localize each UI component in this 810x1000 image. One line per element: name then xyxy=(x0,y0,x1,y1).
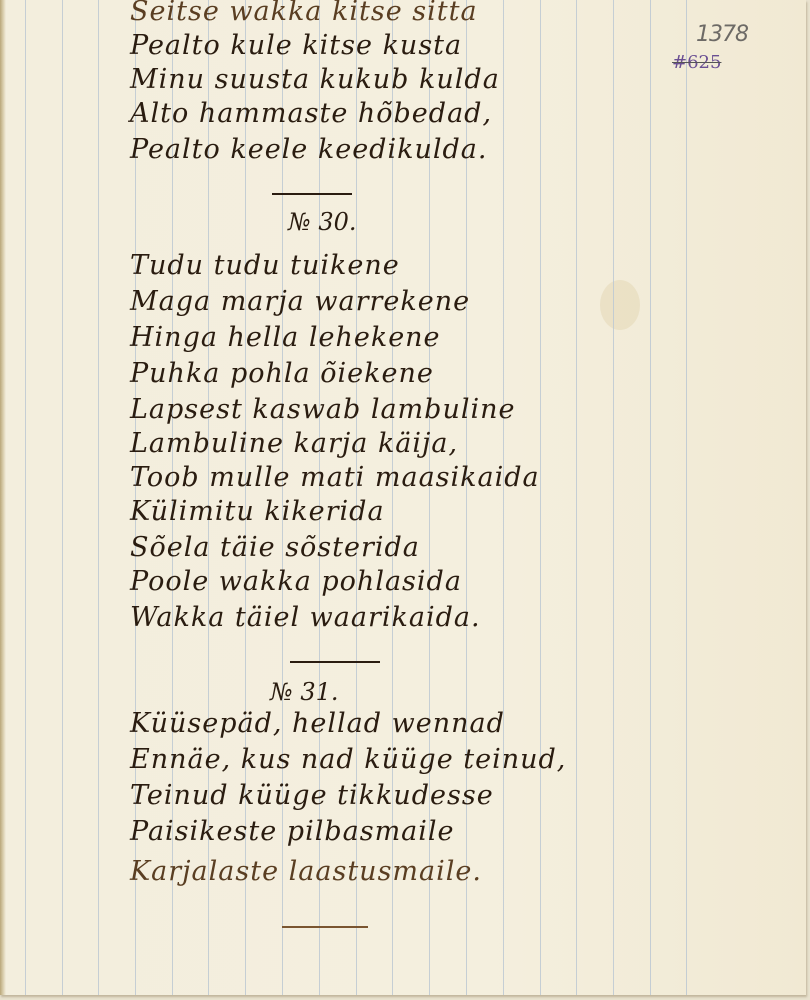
verse-line: Maga marja warrekene xyxy=(130,286,470,317)
verse-line: Külimitu kikerida xyxy=(130,496,385,527)
verse-line: Sõela täie sõsterida xyxy=(130,532,420,563)
verse-line: Pealto keele keedikulda. xyxy=(130,134,487,165)
ruling-line xyxy=(650,0,651,995)
verse-line: Tudu tudu tuikene xyxy=(130,250,400,281)
verse-line: Toob mulle mati maasikaida xyxy=(130,462,540,493)
verse-line: Teinud küüge tikkudesse xyxy=(130,780,494,811)
section-divider xyxy=(282,926,368,928)
verse-line: Alto hammaste hõbedad, xyxy=(130,98,492,129)
ruling-line xyxy=(613,0,614,995)
verse-line: Karjalaste laastusmaile. xyxy=(130,856,482,887)
ruling-line xyxy=(686,0,687,995)
verse-line: Lapsest kaswab lambuline xyxy=(130,394,515,425)
verse-line: Ennäe, kus nad küüge teinud, xyxy=(130,744,566,775)
catalog-number: 1378 xyxy=(696,22,748,47)
paper-stain xyxy=(600,280,640,330)
verse-line: Puhka pohla õiekene xyxy=(130,358,434,389)
crossed-out-catalog-number: #625 xyxy=(672,52,721,73)
catalog-stamp: 1378 #625 xyxy=(670,18,770,78)
ruling-line xyxy=(98,0,99,995)
section-divider xyxy=(290,661,380,663)
verse-line: Poole wakka pohlasida xyxy=(130,566,462,597)
verse-line: Hinga hella lehekene xyxy=(130,322,441,353)
ruling-line xyxy=(62,0,63,995)
section-divider xyxy=(272,193,352,195)
manuscript-page: 1378 #625 Seitse wakka kitse sitta Pealt… xyxy=(0,0,806,995)
verse-line: Seitse wakka kitse sitta xyxy=(130,0,478,27)
verse-line: Minu suusta kukub kulda xyxy=(130,64,500,95)
verse-line: Pealto kule kitse kusta xyxy=(130,30,462,61)
poem-number-heading: № 30. xyxy=(288,208,357,236)
ruling-line xyxy=(540,0,541,995)
ruling-line xyxy=(25,0,26,995)
verse-line: Lambuline karja käija, xyxy=(130,428,458,459)
poem-number-heading: № 31. xyxy=(270,678,339,706)
ruling-line xyxy=(503,0,504,995)
ruling-line xyxy=(576,0,577,995)
verse-line: Wakka täiel waarikaida. xyxy=(130,602,481,633)
verse-line: Küüsepäd, hellad wennad xyxy=(130,708,505,739)
verse-line: Paisikeste pilbasmaile xyxy=(130,816,455,847)
